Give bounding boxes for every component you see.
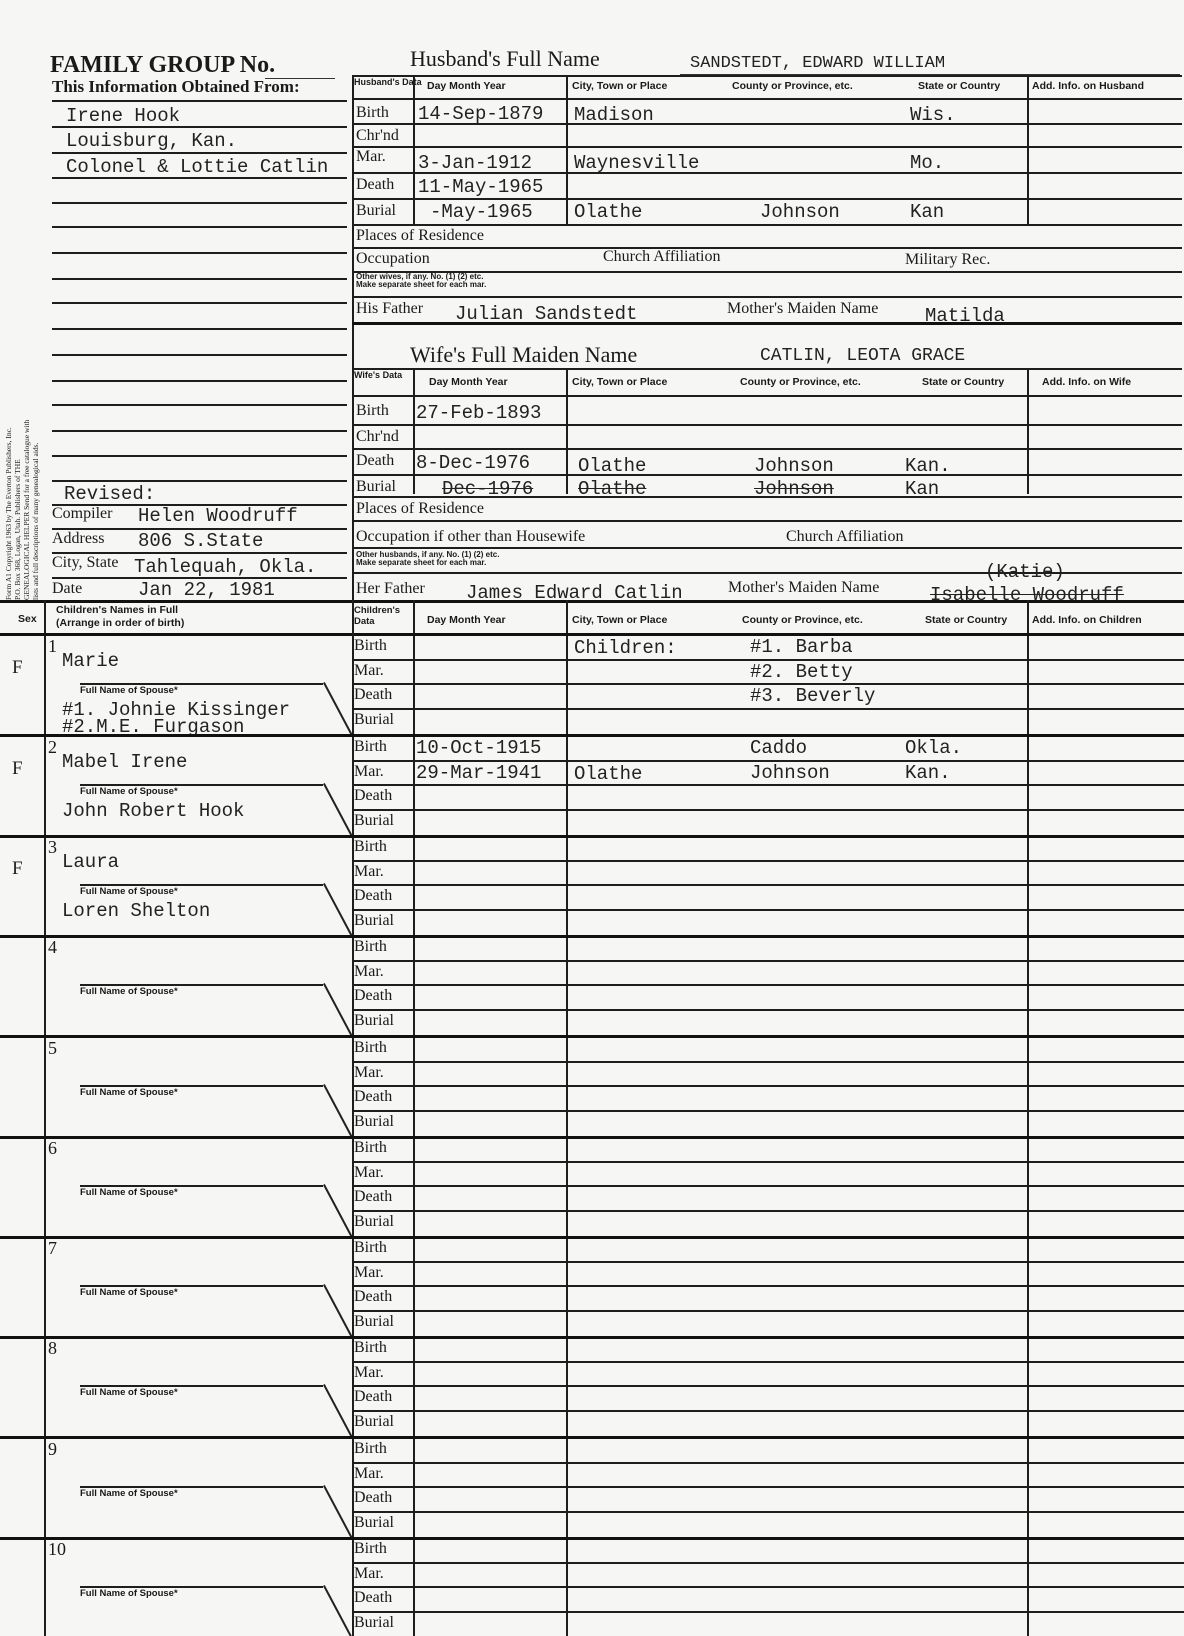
- spouse-label: Full Name of Spouse*: [80, 1188, 178, 1197]
- event-label: Mar.: [354, 1565, 384, 1583]
- rule: [352, 547, 1182, 549]
- info-obtained-label: This Information Obtained From:: [52, 77, 300, 97]
- event-label: Burial: [354, 1313, 394, 1331]
- event-label: Burial: [354, 1413, 394, 1431]
- rule: [52, 278, 347, 280]
- col-state: State or Country: [922, 376, 1004, 388]
- husband-military-label: Military Rec.: [905, 251, 990, 269]
- rule: [52, 226, 347, 228]
- rule: [352, 708, 1184, 710]
- his-mother-label: Mother's Maiden Name: [727, 300, 878, 318]
- event-label: Death: [354, 1589, 392, 1607]
- event-label: Death: [354, 987, 392, 1005]
- event-label: Chr'nd: [356, 127, 399, 145]
- info-obtained-line-1[interactable]: Irene Hook: [66, 105, 180, 127]
- event-label: Burial: [356, 202, 396, 220]
- col-add-info-wife: Add. Info. on Wife: [1042, 376, 1131, 388]
- col-day-month-year: Day Month Year: [427, 80, 506, 92]
- rule: [352, 1009, 1184, 1011]
- event-label: Burial: [354, 1514, 394, 1532]
- event-label: Death: [354, 1288, 392, 1306]
- col-sex: Sex: [18, 613, 37, 625]
- event-state[interactable]: Kan.: [905, 762, 951, 784]
- info-obtained-line-3[interactable]: Colonel & Lottie Catlin: [66, 156, 328, 178]
- rule: [52, 126, 347, 128]
- other-wives-note: Other wives, if any. No. (1) (2) etc. Ma…: [356, 273, 486, 289]
- husband-church-label: Church Affiliation: [603, 248, 720, 266]
- event-date[interactable]: 3-Jan-1912: [418, 152, 532, 174]
- her-mother-nickname[interactable]: (Katie): [985, 561, 1065, 583]
- rule: [352, 1586, 1184, 1588]
- rule: [352, 296, 1182, 298]
- rule: [0, 935, 1184, 938]
- rule: [352, 1611, 1184, 1613]
- event-label: Chr'nd: [356, 428, 399, 446]
- grid-line: [44, 600, 46, 1636]
- rule: [352, 448, 1182, 450]
- rule: [0, 1537, 1184, 1540]
- grid-line: [1027, 600, 1029, 1636]
- rule: [352, 496, 1182, 498]
- rule: [352, 784, 1184, 786]
- copyright-line: P.O. Box 368, Logan, Utah. Publishers of…: [13, 459, 22, 600]
- col-city: City, Town or Place: [572, 614, 667, 626]
- copyright-line: lists and full descriptions of many gene…: [31, 443, 40, 600]
- event-label: Death: [354, 1088, 392, 1106]
- event-label: Birth: [356, 104, 389, 122]
- rule: [352, 1462, 1184, 1464]
- event-county[interactable]: #1. Barba: [750, 636, 853, 658]
- rule: [52, 480, 347, 482]
- event-date[interactable]: 11-May-1965: [418, 176, 543, 198]
- event-label: Death: [354, 887, 392, 905]
- event-label: Mar.: [354, 1064, 384, 1082]
- event-state[interactable]: Okla.: [905, 737, 962, 759]
- rule: [352, 1410, 1184, 1412]
- rule: [352, 224, 1182, 226]
- spouse-slash: [323, 1084, 352, 1137]
- spouse-label: Full Name of Spouse*: [80, 1288, 178, 1297]
- rule: [352, 860, 1184, 862]
- rule: [352, 1486, 1184, 1488]
- child-number: 7: [48, 1238, 57, 1259]
- event-county[interactable]: #2. Betty: [750, 661, 853, 683]
- info-obtained-line-2[interactable]: Louisburg, Kan.: [66, 130, 237, 152]
- event-label: Birth: [356, 402, 389, 420]
- event-label: Mar.: [354, 863, 384, 881]
- child-name[interactable]: Mabel Irene: [62, 751, 187, 773]
- event-label: Burial: [354, 711, 394, 729]
- child-name[interactable]: Marie: [62, 650, 119, 672]
- spouse-label: Full Name of Spouse*: [80, 987, 178, 996]
- event-label: Birth: [354, 1440, 387, 1458]
- event-city[interactable]: Olathe: [574, 201, 642, 223]
- rule: [52, 302, 347, 304]
- event-label: Death: [354, 1388, 392, 1406]
- rule: [352, 809, 1184, 811]
- event-county[interactable]: Johnson: [760, 201, 840, 223]
- child-number: 2: [48, 737, 57, 758]
- event-date[interactable]: 27-Feb-1893: [416, 402, 541, 424]
- rule: [0, 600, 1184, 603]
- event-state[interactable]: Kan: [910, 201, 944, 223]
- event-label: Burial: [354, 1113, 394, 1131]
- col-children-names-sub: (Arrange in order of birth): [56, 617, 184, 629]
- event-label: Birth: [354, 1139, 387, 1157]
- event-label: Death: [356, 452, 394, 470]
- event-label: Birth: [354, 938, 387, 956]
- col-children-names: Children's Names in Full: [56, 604, 178, 616]
- event-label: Burial: [354, 1012, 394, 1030]
- rule: [52, 430, 347, 432]
- event-county[interactable]: #3. Beverly: [750, 685, 875, 707]
- child-number: 1: [48, 636, 57, 657]
- spouse-label: Full Name of Spouse*: [80, 686, 178, 695]
- rule: [352, 474, 1182, 476]
- event-label: Death: [354, 1489, 392, 1507]
- child-sex[interactable]: F: [12, 858, 23, 880]
- spouse-slash: [323, 1384, 352, 1437]
- col-add-info-children: Add. Info. on Children: [1032, 614, 1142, 626]
- spouse-slash: [323, 1585, 352, 1636]
- rule: [352, 960, 1184, 962]
- wife-name-label: Wife's Full Maiden Name: [410, 342, 637, 368]
- husband-data-label: Husband's Data: [354, 78, 422, 87]
- event-label: Death: [354, 1188, 392, 1206]
- address-field[interactable]: 806 S.State: [138, 530, 263, 552]
- address-label: Address: [52, 530, 104, 548]
- col-state: State or Country: [925, 614, 1007, 626]
- event-label: Death: [354, 787, 392, 805]
- wife-occupation-label: Occupation if other than Housewife: [356, 528, 585, 546]
- rule: [352, 123, 1182, 125]
- copyright-line: Form A1 Copyright 1963 by The Everton Pu…: [4, 427, 13, 600]
- rule: [52, 455, 347, 457]
- col-add-info-husband: Add. Info. on Husband: [1032, 80, 1144, 92]
- event-date[interactable]: 10-Oct-1915: [416, 737, 541, 759]
- rule: [352, 1085, 1184, 1087]
- event-date[interactable]: 8-Dec-1976: [416, 452, 530, 474]
- event-label: Birth: [354, 738, 387, 756]
- date-label: Date: [52, 580, 82, 598]
- col-county: County or Province, etc.: [742, 614, 863, 626]
- rule: [352, 1110, 1184, 1112]
- rule: [352, 424, 1182, 426]
- child-number: 5: [48, 1038, 57, 1059]
- event-label: Burial: [354, 1213, 394, 1231]
- col-city: City, Town or Place: [572, 376, 667, 388]
- spouse-slash: [323, 1485, 352, 1538]
- his-father-label: His Father: [356, 300, 423, 318]
- event-label: Mar.: [356, 148, 386, 166]
- copyright-note: Form A1 Copyright 1963 by The Everton Pu…: [2, 300, 52, 600]
- event-city[interactable]: Children:: [574, 637, 677, 659]
- event-label: Birth: [354, 1339, 387, 1357]
- husband-full-name[interactable]: SANDSTEDT, EDWARD WILLIAM: [690, 54, 945, 73]
- spouse-slash: [323, 682, 352, 735]
- spouse-label: Full Name of Spouse*: [80, 1088, 178, 1097]
- col-day-month-year: Day Month Year: [429, 376, 508, 388]
- spouse-name[interactable]: Loren Shelton: [62, 900, 210, 922]
- event-label: Death: [356, 176, 394, 194]
- event-state[interactable]: Mo.: [910, 152, 944, 174]
- rule: [52, 404, 347, 406]
- event-label: Death: [354, 686, 392, 704]
- child-name[interactable]: Laura: [62, 851, 119, 873]
- rule: [52, 100, 347, 102]
- spouse-label: Full Name of Spouse*: [80, 1388, 178, 1397]
- event-label: Mar.: [354, 763, 384, 781]
- event-label: Birth: [354, 1239, 387, 1257]
- rule: [52, 380, 347, 382]
- child-sex[interactable]: F: [12, 657, 23, 679]
- rule: [52, 177, 347, 179]
- rule: [0, 1336, 1184, 1339]
- rule: [352, 1310, 1184, 1312]
- event-label: Mar.: [354, 963, 384, 981]
- event-city[interactable]: Olathe: [574, 763, 642, 785]
- compiler-field[interactable]: Helen Woodruff: [138, 505, 298, 527]
- husband-occupation-label: Occupation: [356, 250, 430, 268]
- rule: [0, 633, 1184, 636]
- col-city: City, Town or Place: [572, 80, 667, 92]
- event-label: Mar.: [354, 1164, 384, 1182]
- rule: [352, 984, 1184, 986]
- rule: [352, 322, 1182, 325]
- child-number: 3: [48, 837, 57, 858]
- rule: [352, 395, 1182, 397]
- event-date[interactable]: -May-1965: [430, 201, 533, 223]
- spouse-name[interactable]: John Robert Hook: [62, 800, 244, 822]
- wife-residence-label: Places of Residence: [356, 500, 484, 518]
- event-date[interactable]: 29-Mar-1941: [416, 762, 541, 784]
- city-state-label: City, State: [52, 554, 119, 572]
- date-field[interactable]: Jan 22, 1981: [138, 579, 275, 601]
- rule: [352, 1161, 1184, 1163]
- col-state: State or Country: [918, 80, 1000, 92]
- spouse-label: Full Name of Spouse*: [80, 887, 178, 896]
- grid-line: [413, 600, 415, 1636]
- rule: [52, 328, 347, 330]
- spouse-label: Full Name of Spouse*: [80, 1589, 178, 1598]
- spouse-slash: [323, 1184, 352, 1237]
- event-city[interactable]: Waynesville: [574, 152, 699, 174]
- event-label: Mar.: [354, 1364, 384, 1382]
- form-title: FAMILY GROUP No.: [50, 52, 275, 79]
- rule: [352, 1385, 1184, 1387]
- rule: [352, 1261, 1184, 1263]
- her-father-label: Her Father: [356, 580, 425, 598]
- col-children-data: Children's Data: [354, 605, 412, 627]
- event-label: Mar.: [354, 1465, 384, 1483]
- wife-church-label: Church Affiliation: [786, 528, 903, 546]
- grid-line: [352, 75, 354, 615]
- event-county[interactable]: Johnson: [750, 762, 830, 784]
- rule: [0, 1236, 1184, 1239]
- rule: [0, 1035, 1184, 1038]
- event-label: Birth: [354, 838, 387, 856]
- event-label: Burial: [354, 812, 394, 830]
- spouse-slash: [323, 1284, 352, 1337]
- event-label: Mar.: [354, 662, 384, 680]
- other-husbands-note: Other husbands, if any. No. (1) (2) etc.…: [356, 551, 499, 567]
- rule: [352, 368, 1182, 370]
- child-number: 6: [48, 1138, 57, 1159]
- rule: [352, 1210, 1184, 1212]
- rule: [352, 520, 1182, 522]
- husband-residence-label: Places of Residence: [356, 227, 484, 245]
- rule: [352, 1061, 1184, 1063]
- event-label: Birth: [354, 1540, 387, 1558]
- rule: [0, 1136, 1184, 1139]
- husband-name-label: Husband's Full Name: [410, 46, 600, 72]
- child-sex[interactable]: F: [12, 758, 23, 780]
- col-county: County or Province, etc.: [732, 80, 853, 92]
- spouse-label: Full Name of Spouse*: [80, 1489, 178, 1498]
- spouse-slash: [323, 783, 352, 836]
- rule: [0, 734, 1184, 737]
- rule: [352, 198, 1182, 200]
- event-label: Burial: [354, 1614, 394, 1632]
- child-number: 8: [48, 1338, 57, 1359]
- city-state-field[interactable]: Tahlequah, Okla.: [134, 556, 316, 578]
- event-county[interactable]: Caddo: [750, 737, 807, 759]
- rule: [52, 202, 347, 204]
- rule: [352, 884, 1184, 886]
- spouse-slash: [323, 983, 352, 1036]
- col-day-month-year: Day Month Year: [427, 614, 506, 626]
- her-mother-label: Mother's Maiden Name: [728, 579, 879, 597]
- rule: [52, 252, 347, 254]
- revised-label: Revised:: [64, 483, 155, 505]
- grid-line: [566, 600, 568, 1636]
- rule: [352, 247, 1182, 249]
- wife-full-name[interactable]: CATLIN, LEOTA GRACE: [760, 346, 965, 366]
- rule: [352, 1511, 1184, 1513]
- event-label: Burial: [356, 478, 396, 496]
- note-line: Make separate sheet for each mar.: [356, 281, 486, 289]
- rule: [0, 835, 1184, 838]
- event-date[interactable]: 14-Sep-1879: [418, 103, 543, 125]
- rule: [52, 152, 347, 154]
- spouse-slash: [323, 883, 352, 936]
- spouse-label: Full Name of Spouse*: [80, 787, 178, 796]
- col-county: County or Province, etc.: [740, 376, 861, 388]
- note-line: Make separate sheet for each mar.: [356, 559, 499, 567]
- rule: [352, 909, 1184, 911]
- rule: [352, 1185, 1184, 1187]
- rule: [352, 1562, 1184, 1564]
- event-label: Birth: [354, 1039, 387, 1057]
- event-label: Birth: [354, 637, 387, 655]
- wife-data-label: Wife's Data: [354, 371, 402, 380]
- copyright-line: GENEALOGICAL HELPER Send for a free cata…: [22, 420, 31, 600]
- rule: [352, 172, 1182, 174]
- rule: [352, 146, 1182, 148]
- rule: [352, 75, 1182, 77]
- child-number: 4: [48, 937, 57, 958]
- rule: [52, 354, 347, 356]
- rule: [352, 98, 1182, 100]
- child-number: 9: [48, 1439, 57, 1460]
- child-number: 10: [48, 1539, 66, 1560]
- event-label: Burial: [354, 912, 394, 930]
- compiler-label: Compiler: [52, 505, 112, 523]
- rule: [352, 1361, 1184, 1363]
- rule: [352, 1285, 1184, 1287]
- rule: [0, 1436, 1184, 1439]
- event-label: Mar.: [354, 1264, 384, 1282]
